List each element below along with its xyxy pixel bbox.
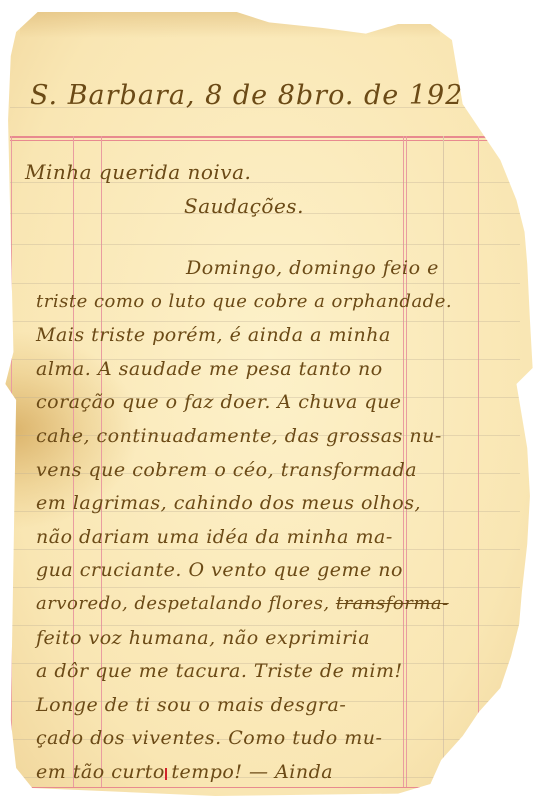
letter-line: alma. A saudade me pesa tanto no [36,358,383,380]
letter-line: a dôr que me tacura. Triste de mim! [36,660,403,682]
rule-line [10,283,520,284]
rule-line [10,244,520,245]
letter-line: em lagrimas, cahindo dos meus olhos, [36,492,421,514]
letter-paper: S. Barbara, 8 de 8bro. de 1922 Minha que… [0,0,538,800]
letter-salutation: Minha querida noiva. [25,160,251,184]
letter-line: triste como o luto que cobre a orphandad… [36,291,452,312]
letter-line: cahe, continuadamente, das grossas nu- [36,425,442,447]
red-rule-top [10,136,528,138]
letter-line: gua cruciante. O vento que geme no [36,559,403,581]
paper-stain-top [20,8,440,38]
column-rule [443,136,444,788]
letter-line: coração que o faz doer. A chuva que [36,391,402,413]
letter-line: Mais triste porém, é ainda a minha [36,324,391,346]
letter-line: Longe de ti sou o mais desgra- [36,694,346,716]
column-rule [478,136,479,788]
letter-heading-place-date: S. Barbara, 8 de 8bro. de 1922 [30,80,482,111]
red-rule-bottom [25,787,435,788]
letter-line: em tão curto tempo! — Ainda [36,761,333,783]
rule-line [10,321,520,322]
letter-line: çado dos viventes. Como tudo mu- [36,727,382,749]
letter-greeting: Saudações. [184,194,304,218]
struck-word: transforma- [336,593,449,614]
red-rule-top-2 [10,140,528,141]
letter-line: Domingo, domingo feio e [186,257,439,279]
rule-line [10,549,520,550]
letter-line-with-strikethrough: arvoredo, despetalando flores, transform… [36,593,449,614]
letter-line: vens que cobrem o céo, transformada [36,459,417,481]
letter-line-text: arvoredo, despetalando flores, transform… [36,593,449,614]
letter-line: não dariam uma idéa da minha ma- [36,526,393,548]
margin-rule [11,136,12,788]
letter-line: feito voz humana, não exprimiria [36,627,370,649]
rule-line [10,587,520,588]
